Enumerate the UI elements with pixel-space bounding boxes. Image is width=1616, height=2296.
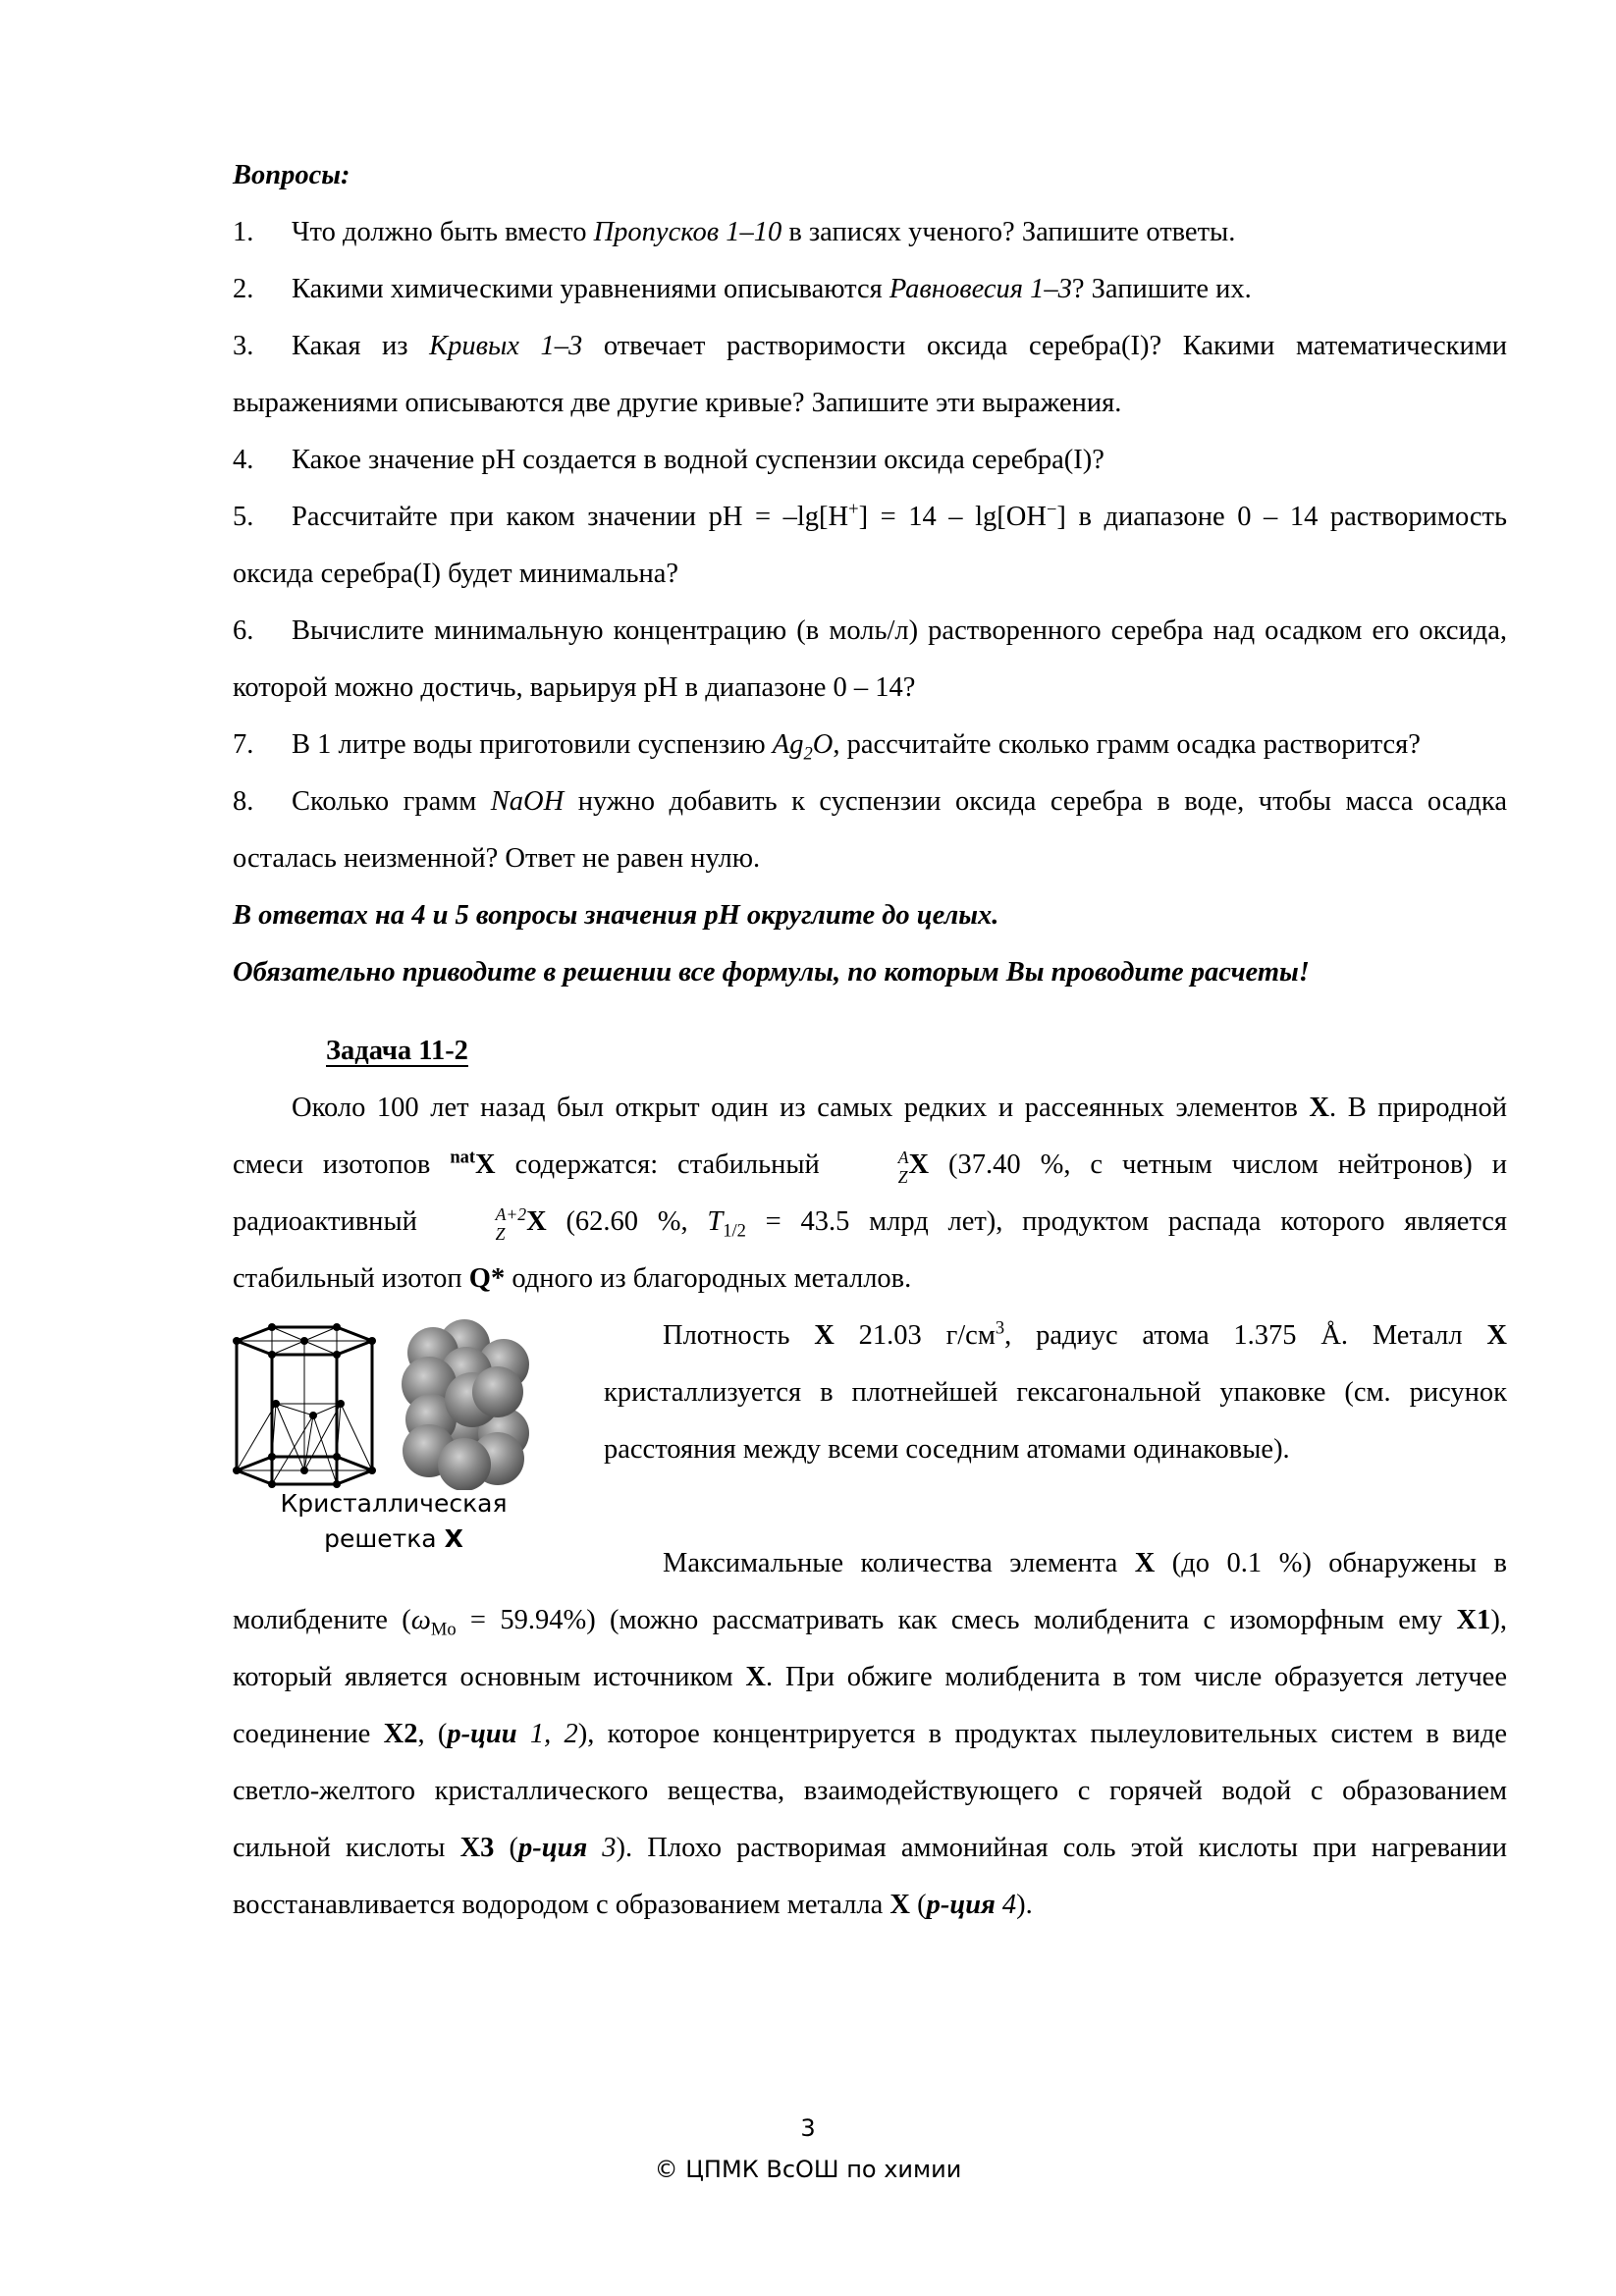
task-paragraph-1: Около 100 лет назад был открыт один из с…: [233, 1080, 1507, 1308]
note-formulas: Обязательно приводите в решении все форм…: [233, 944, 1507, 1001]
task-title-row: Задача 11-2: [233, 1023, 1507, 1080]
question-8: 8.Сколько грамм NaOH нужно добавить к су…: [233, 774, 1507, 887]
formula-ag2o: Ag2O: [773, 729, 834, 760]
document-page: Вопросы: 1.Что должно быть вместо Пропус…: [233, 147, 1507, 1934]
questions-heading: Вопросы:: [233, 147, 1507, 204]
note-rounding: В ответах на 4 и 5 вопросы значения pH о…: [233, 887, 1507, 944]
figure-caption: Кристаллическая решетка X: [227, 1486, 561, 1557]
question-3: 3.Какая из Кривых 1–3 отвечает растворим…: [233, 318, 1507, 432]
page-number: 3: [0, 2114, 1616, 2142]
hcp-lattice-diagram: [227, 1313, 561, 1490]
task-paragraph-3: Максимальные количества элемента X (до 0…: [233, 1535, 1507, 1934]
isotope-notation-a2: A+2Z: [437, 1216, 527, 1234]
question-6: 6.Вычислите минимальную концентрацию (в …: [233, 603, 1507, 717]
question-7: 7.В 1 литре воды приготовили суспензию A…: [233, 717, 1507, 774]
isotope-notation-a: AZ: [839, 1159, 909, 1177]
question-1: 1.Что должно быть вместо Пропусков 1–10 …: [233, 204, 1507, 261]
question-2: 2.Какими химическими уравнениями описыва…: [233, 261, 1507, 318]
copyright-footer: © ЦПМК ВсОШ по химии: [0, 2156, 1616, 2183]
sphere-packing-model: [402, 1319, 529, 1490]
question-5: 5.Рассчитайте при каком значении pH = –l…: [233, 489, 1507, 603]
task-title: Задача 11-2: [326, 1023, 468, 1080]
crystal-lattice-figure: Кристаллическая решетка X: [227, 1313, 561, 1578]
figure-and-text: Кристаллическая решетка X Плотность X 21…: [233, 1308, 1507, 1535]
question-4: 4.Какое значение pH создается в водной с…: [233, 432, 1507, 489]
task-paragraph-2: Плотность X 21.03 г/см3, радиус атома 1.…: [604, 1308, 1507, 1478]
